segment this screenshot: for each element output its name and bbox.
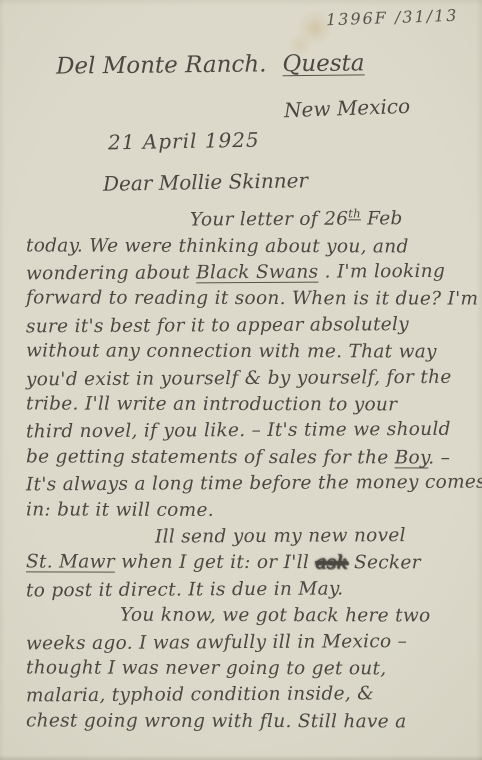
letter-line: Your letter of 26th Feb: [26, 200, 474, 235]
letter-text-segment: forward to reading it soon. When is it d…: [26, 288, 478, 310]
letter-text-segment: third novel, if you like. – It's time we…: [26, 419, 451, 443]
letter-text-segment: Black Swans: [196, 262, 318, 284]
letter-text-segment: It's always a long time before the money…: [26, 472, 482, 496]
letter-text-segment: Secker: [348, 553, 421, 574]
letter-text-segment: Ill send you my new novel: [155, 525, 406, 548]
letter-text-segment: today. We were thinking about you, and: [26, 235, 409, 257]
letterhead-region: New Mexico: [284, 94, 411, 122]
letter-text-segment: without any connection with me. That way: [26, 341, 437, 363]
salutation: Dear Mollie Skinner: [103, 168, 308, 196]
letter-text-segment: St. Mawr: [26, 552, 115, 573]
letter-body: Your letter of 26th Febtoday. We were th…: [26, 201, 474, 735]
letter-text-segment: you'd exist in yourself & by yourself, f…: [26, 366, 452, 390]
letter-page: 1396F /31/13 Del Monte Ranch.Questa New …: [0, 0, 482, 760]
letter-text-segment: when I get it: or I'll: [115, 552, 315, 574]
letter-text-segment: . –: [428, 447, 450, 468]
archival-annotation: 1396F /31/13: [325, 6, 458, 30]
letter-line: tribe. I'll write an introduction to you…: [26, 391, 474, 419]
letter-line: in: but it will come.: [26, 497, 474, 525]
letter-text-segment: to post it direct. It is due in May.: [26, 578, 344, 601]
letter-line: sure it's best for it to appear absolute…: [26, 311, 474, 340]
letter-line: You know, we got back here two: [26, 603, 474, 631]
letter-line: to post it direct. It is due in May.: [26, 575, 474, 604]
letter-text-segment: Boy: [395, 447, 429, 468]
letter-line: weeks ago. I was awfully ill in Mexico –: [26, 628, 474, 657]
letter-line: forward to reading it soon. When is it d…: [26, 286, 474, 314]
letterhead-ranch: Del Monte Ranch.: [56, 51, 267, 79]
letter-text-segment: Your letter of 26: [190, 209, 348, 231]
letter-line: wondering about Black Swans . I'm lookin…: [26, 259, 474, 288]
letter-line: third novel, if you like. – It's time we…: [26, 417, 474, 446]
letter-text-segment: weeks ago. I was awfully ill in Mexico –: [26, 631, 407, 654]
letterhead-address: Del Monte Ranch.Questa: [56, 50, 365, 79]
letter-line: thought I was never going to get out,: [26, 655, 474, 683]
letter-line: without any connection with me. That way: [26, 339, 474, 367]
letter-line: malaria, typhoid condition inside, &: [26, 681, 474, 710]
letter-text-segment: . I'm looking: [318, 261, 445, 283]
letter-text-segment: Feb: [361, 208, 403, 229]
letterhead-town: Questa: [282, 50, 364, 77]
letter-line: be getting statements of sales for the B…: [26, 444, 474, 472]
letter-line: you'd exist in yourself & by yourself, f…: [26, 364, 474, 393]
letter-line: Ill send you my new novel: [26, 523, 474, 552]
letter-text-segment: wondering about: [26, 262, 196, 284]
letter-text-segment: in: but it will come.: [26, 499, 214, 520]
letter-line: chest going wrong with flu. Still have a: [26, 708, 474, 736]
letter-text-segment: th: [348, 206, 361, 220]
letter-line: St. Mawr when I get it: or I'll ask Seck…: [26, 550, 474, 578]
letter-date: 21 April 1925: [108, 128, 260, 155]
letter-text-segment: tribe. I'll write an introduction to you…: [26, 393, 397, 415]
letter-text-segment: sure it's best for it to appear absolute…: [26, 314, 409, 337]
letter-line: It's always a long time before the money…: [26, 470, 474, 499]
letter-text-segment: ask: [315, 553, 348, 574]
letter-text-segment: malaria, typhoid condition inside, &: [26, 684, 374, 707]
letter-text-segment: thought I was never going to get out,: [26, 657, 387, 679]
letter-text-segment: chest going wrong with flu. Still have a: [26, 710, 406, 732]
letter-text-segment: You know, we got back here two: [120, 605, 430, 627]
letter-line: today. We were thinking about you, and: [26, 233, 474, 261]
letter-text-segment: be getting statements of sales for the: [26, 446, 395, 468]
